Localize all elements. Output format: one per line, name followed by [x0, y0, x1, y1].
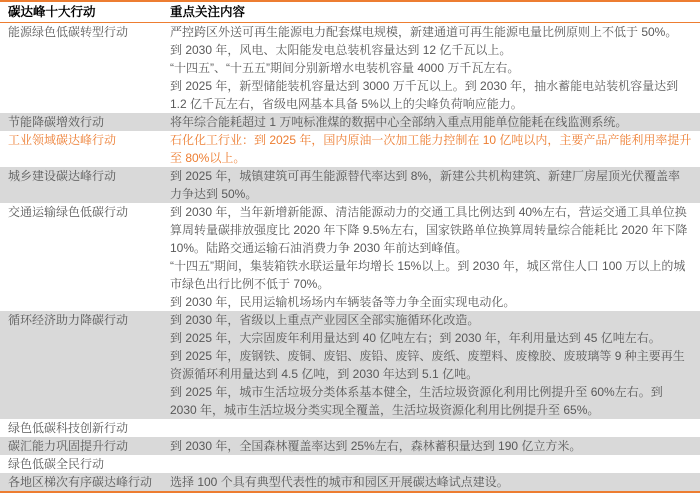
- key-content-cell: 到 2025 年，城镇建筑可再生能源替代率达到 8%，新建公共机构建筑、新建厂房…: [170, 167, 700, 203]
- table-header-row: 碳达峰十大行动 重点关注内容: [0, 2, 700, 23]
- key-content-cell: 石化化工行业：到 2025 年，国内原油一次加工能力控制在 10 亿吨以内，主要…: [170, 131, 700, 167]
- action-name-cell: 各地区梯次有序碳达峰行动: [0, 473, 170, 491]
- content-paragraph: 到 2025 年，城市生活垃圾分类体系基本健全，生活垃圾资源化利用比例提升至 6…: [170, 383, 692, 419]
- table-rows: 能源绿色低碳转型行动严控跨区外送可再生能源电力配套煤电规模，新建通道可再生能源电…: [0, 23, 700, 491]
- content-paragraph: “十四五”、“十五五”期间分别新增水电装机容量 4000 万千瓦左右。: [170, 59, 692, 77]
- content-paragraph: 选择 100 个具有典型代表性的城市和园区开展碳达峰试点建设。: [170, 473, 692, 491]
- content-paragraph: 到 2025 年，新型储能装机容量达到 3000 万千瓦以上。到 2030 年，…: [170, 77, 692, 113]
- action-name-cell: 城乡建设碳达峰行动: [0, 167, 170, 203]
- key-content-cell: 到 2030 年，全国森林覆盖率达到 25%左右，森林蓄积量达到 190 亿立方…: [170, 437, 700, 455]
- table-row: 绿色低碳科技创新行动: [0, 419, 700, 437]
- content-paragraph: 到 2030 年，省级以上重点产业园区全部实施循环化改造。: [170, 311, 692, 329]
- table-row: 绿色低碳全民行动: [0, 455, 700, 473]
- table-row: 交通运输绿色低碳行动到 2030 年，当年新增新能源、清洁能源动力的交通工具比例…: [0, 203, 700, 311]
- table-row: 能源绿色低碳转型行动严控跨区外送可再生能源电力配套煤电规模，新建通道可再生能源电…: [0, 23, 700, 113]
- action-name-cell: 循环经济助力降碳行动: [0, 311, 170, 419]
- content-paragraph: 到 2030 年，风电、太阳能发电总装机容量达到 12 亿千瓦以上。: [170, 41, 692, 59]
- action-name-cell: 交通运输绿色低碳行动: [0, 203, 170, 311]
- key-content-cell: [170, 419, 700, 437]
- table-row: 碳汇能力巩固提升行动到 2030 年，全国森林覆盖率达到 25%左右，森林蓄积量…: [0, 437, 700, 455]
- content-paragraph: “十四五”期间，集装箱铁水联运量年均增长 15%以上。到 2030 年，城区常住…: [170, 257, 692, 293]
- table-row: 各地区梯次有序碳达峰行动选择 100 个具有典型代表性的城市和园区开展碳达峰试点…: [0, 473, 700, 491]
- key-content-cell: 将年综合能耗超过 1 万吨标准煤的数据中心全部纳入重点用能单位能耗在线监测系统。: [170, 113, 700, 131]
- content-paragraph: 到 2030 年，民用运输机场场内车辆装备等力争全面实现电动化。: [170, 293, 692, 311]
- content-paragraph: 将年综合能耗超过 1 万吨标准煤的数据中心全部纳入重点用能单位能耗在线监测系统。: [170, 113, 692, 131]
- key-content-cell: 到 2030 年，当年新增新能源、清洁能源动力的交通工具比例达到 40%左右，营…: [170, 203, 700, 311]
- key-content-cell: 选择 100 个具有典型代表性的城市和园区开展碳达峰试点建设。: [170, 473, 700, 491]
- action-name-cell: 碳汇能力巩固提升行动: [0, 437, 170, 455]
- content-paragraph: 石化化工行业：到 2025 年，国内原油一次加工能力控制在 10 亿吨以内，主要…: [170, 131, 692, 167]
- content-paragraph: 到 2030 年，全国森林覆盖率达到 25%左右，森林蓄积量达到 190 亿立方…: [170, 437, 692, 455]
- table-row: 城乡建设碳达峰行动到 2025 年，城镇建筑可再生能源替代率达到 8%，新建公共…: [0, 167, 700, 203]
- header-actions-column: 碳达峰十大行动: [0, 2, 170, 22]
- header-key-content-column: 重点关注内容: [170, 2, 700, 22]
- action-name-cell: 绿色低碳科技创新行动: [0, 419, 170, 437]
- carbon-peak-actions-table: 碳达峰十大行动 重点关注内容 能源绿色低碳转型行动严控跨区外送可再生能源电力配套…: [0, 0, 700, 493]
- table-row: 节能降碳增效行动将年综合能耗超过 1 万吨标准煤的数据中心全部纳入重点用能单位能…: [0, 113, 700, 131]
- action-name-cell: 工业领域碳达峰行动: [0, 131, 170, 167]
- content-paragraph: 到 2025 年，城镇建筑可再生能源替代率达到 8%，新建公共机构建筑、新建厂房…: [170, 167, 692, 203]
- table-row: 循环经济助力降碳行动到 2030 年，省级以上重点产业园区全部实施循环化改造。到…: [0, 311, 700, 419]
- content-paragraph: 到 2025 年，废钢铁、废铜、废铝、废铅、废锌、废纸、废塑料、废橡胶、废玻璃等…: [170, 347, 692, 383]
- content-paragraph: 到 2030 年，当年新增新能源、清洁能源动力的交通工具比例达到 40%左右，营…: [170, 203, 692, 257]
- action-name-cell: 节能降碳增效行动: [0, 113, 170, 131]
- content-paragraph: 严控跨区外送可再生能源电力配套煤电规模，新建通道可再生能源电量比例原则上不低于 …: [170, 23, 692, 41]
- content-paragraph: 到 2025 年，大宗固废年利用量达到 40 亿吨左右；到 2030 年，年利用…: [170, 329, 692, 347]
- key-content-cell: 到 2030 年，省级以上重点产业园区全部实施循环化改造。到 2025 年，大宗…: [170, 311, 700, 419]
- key-content-cell: 严控跨区外送可再生能源电力配套煤电规模，新建通道可再生能源电量比例原则上不低于 …: [170, 23, 700, 113]
- action-name-cell: 能源绿色低碳转型行动: [0, 23, 170, 113]
- action-name-cell: 绿色低碳全民行动: [0, 455, 170, 473]
- table-row: 工业领域碳达峰行动石化化工行业：到 2025 年，国内原油一次加工能力控制在 1…: [0, 131, 700, 167]
- key-content-cell: [170, 455, 700, 473]
